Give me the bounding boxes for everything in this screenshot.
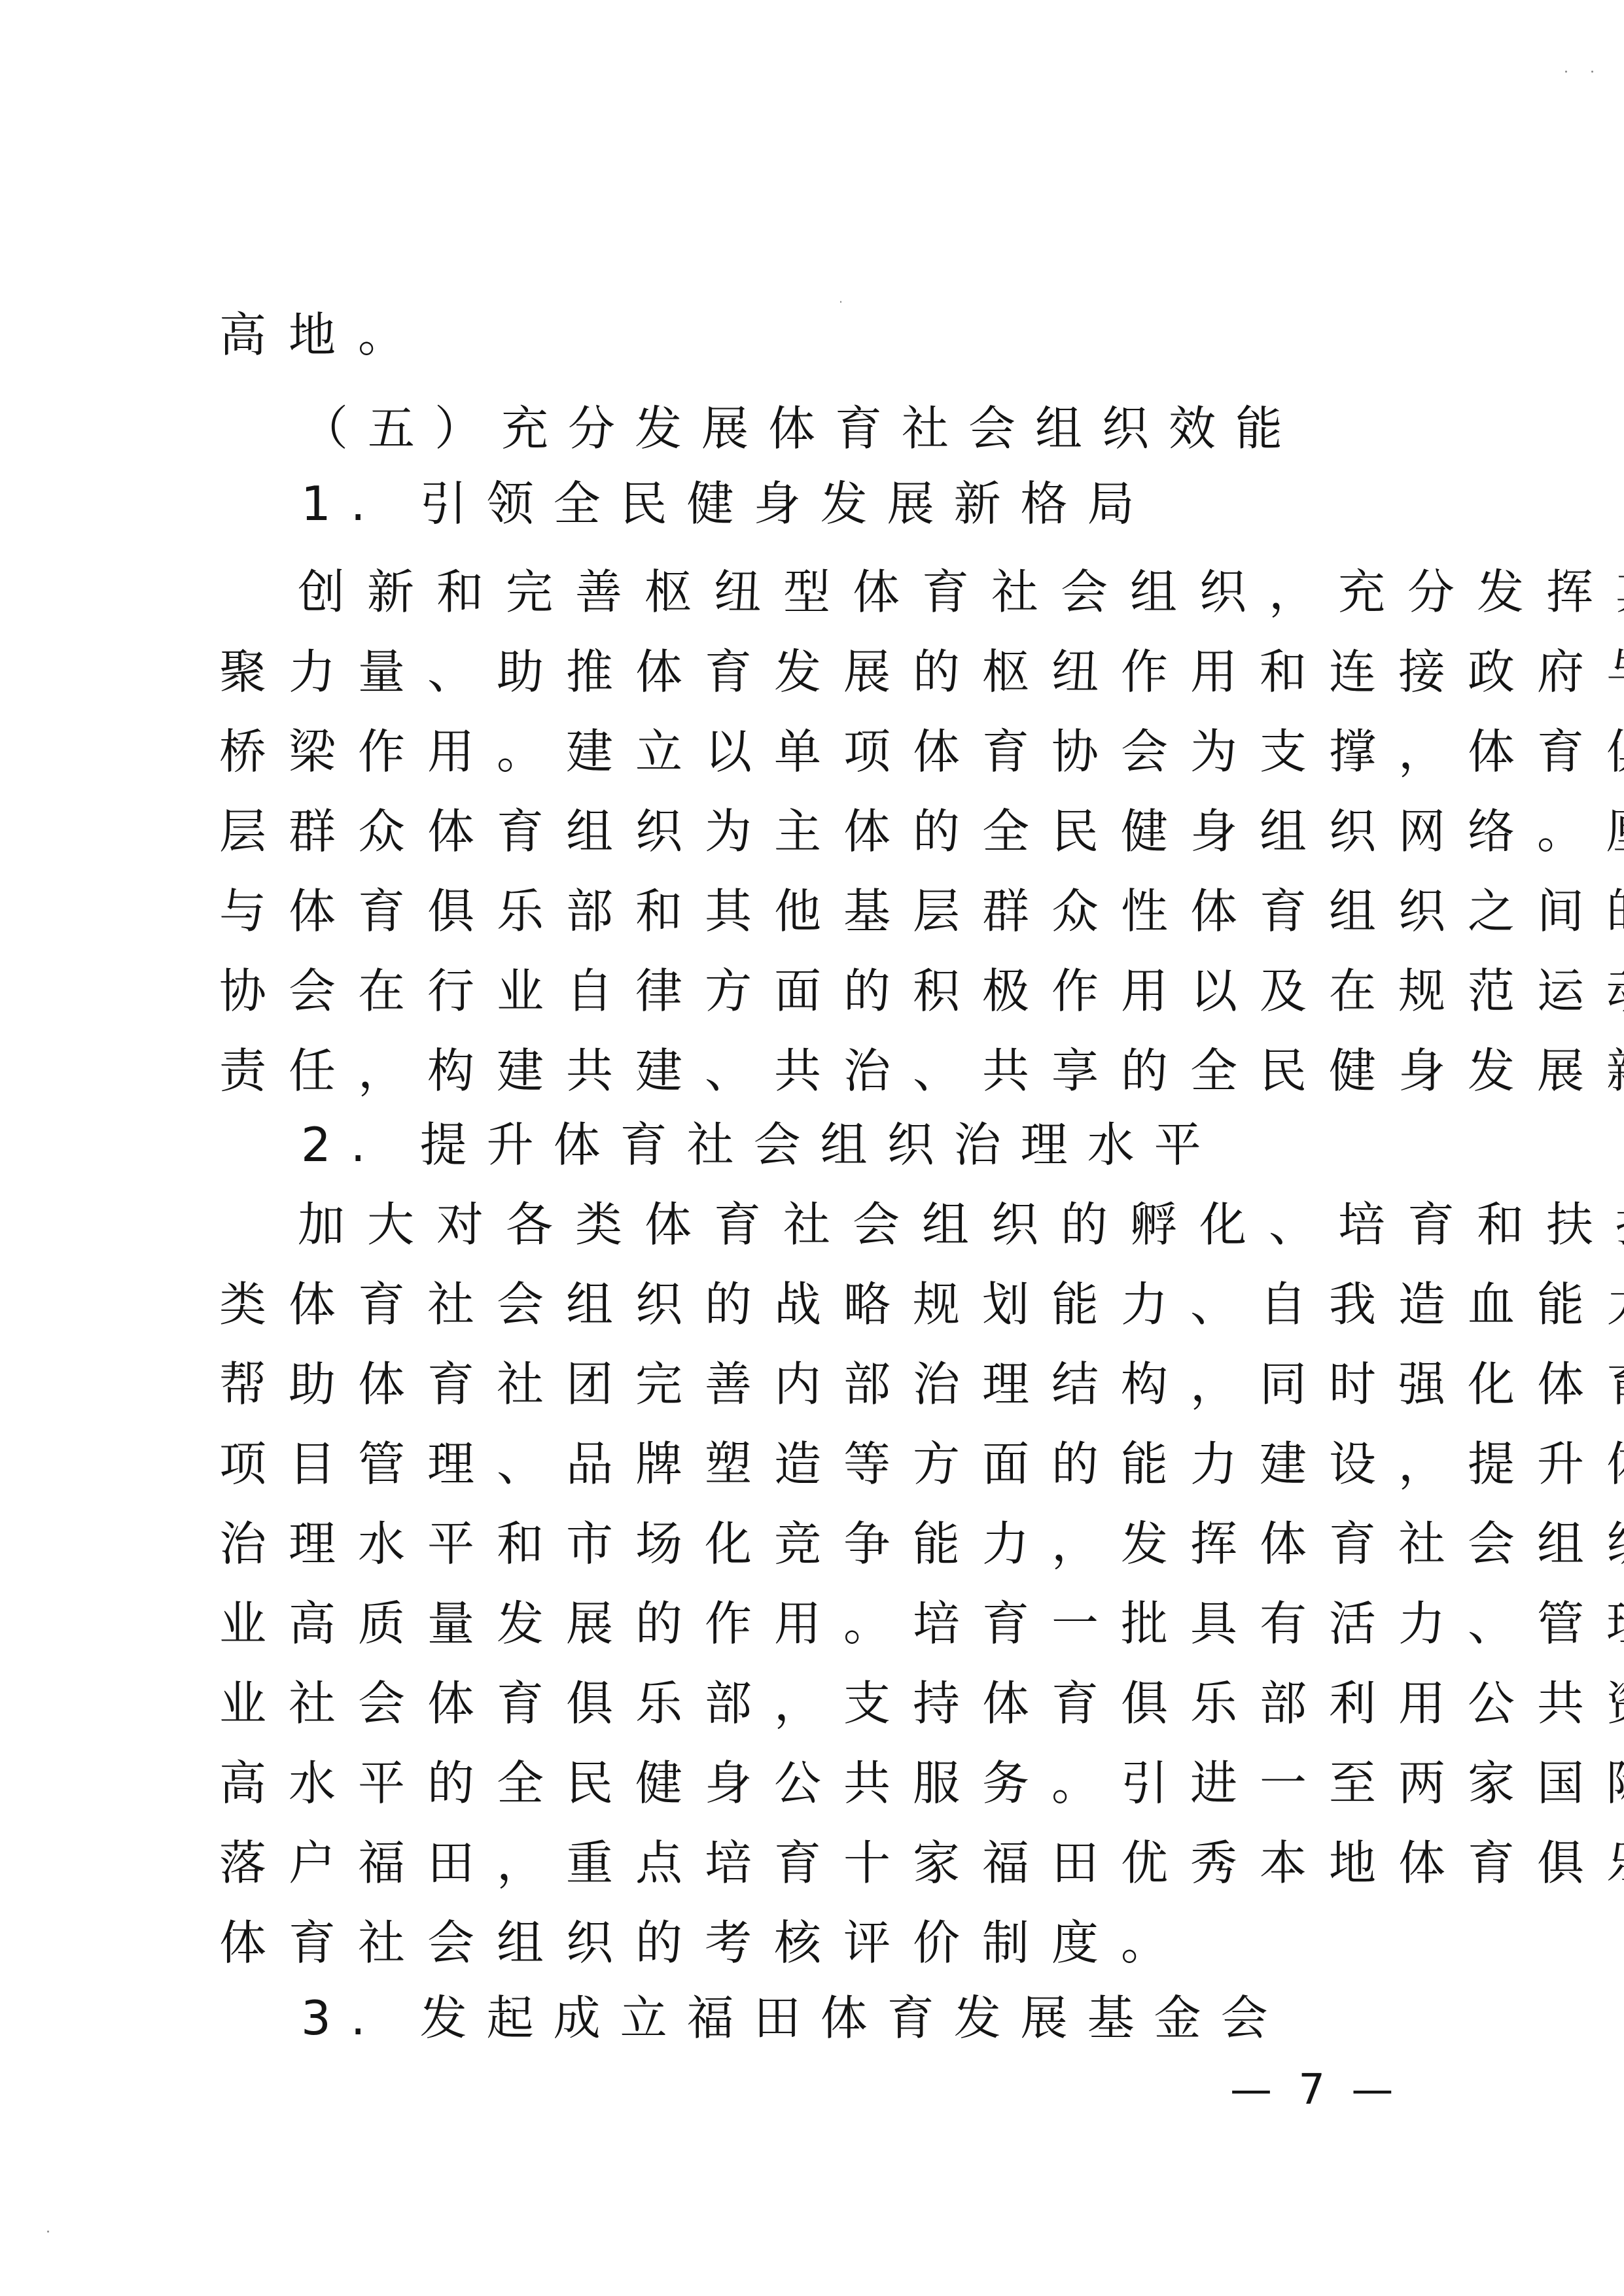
paragraph-2-line-10: 体育社会组织的考核评价制度。: [219, 1910, 1436, 1975]
paragraph-2-line-6: 业高质量发展的作用。培育一批具有活力、管理规范的民办非企: [219, 1591, 1436, 1656]
paragraph-2-line-1: 加大对各类体育社会组织的孵化、培育和扶持力度，提升各: [298, 1192, 1515, 1257]
paragraph-1-line-7: 责任，构建共建、共治、共享的全民健身发展新格局。: [219, 1038, 1436, 1104]
scan-speck: [840, 301, 841, 303]
subheading-1: 1. 引领全民健身发展新格局: [301, 471, 1518, 536]
paragraph-continuation-line: 高地。: [219, 302, 1436, 368]
scan-speck: [1565, 71, 1567, 73]
subheading-2: 2. 提升体育社会组织治理水平: [301, 1112, 1518, 1177]
paragraph-2-line-9: 落户福田，重点培育十家福田优秀本地体育俱乐部。建立和完善: [219, 1830, 1436, 1896]
subheading-3: 3. 发起成立福田体育发展基金会: [301, 1985, 1518, 2051]
section-heading: （五）充分发展体育社会组织效能: [301, 396, 1518, 461]
paragraph-1-line-5: 与体育俱乐部和其他基层群众性体育组织之间的关系，强化单项: [219, 878, 1436, 944]
scan-speck: [47, 2231, 49, 2233]
paragraph-2-line-8: 高水平的全民健身公共服务。引进一至两家国际知名体育俱乐部: [219, 1750, 1436, 1816]
scan-speck: [1591, 71, 1593, 73]
paragraph-2-line-3: 帮助体育社团完善内部治理结构，同时强化体育社团自治发展、: [219, 1351, 1436, 1417]
paragraph-2-line-7: 业社会体育俱乐部，支持体育俱乐部利用公共资源，提供高质量、: [219, 1671, 1436, 1736]
paragraph-2-line-5: 治理水平和市场化竞争能力，发挥体育社会组织服务全民健身事: [219, 1511, 1436, 1576]
page-number: — 7 —: [1230, 2064, 1400, 2116]
paragraph-1-line-3: 桥梁作用。建立以单项体育协会为支撑，体育俱乐部为骨干，基: [219, 719, 1436, 784]
paragraph-2-line-2: 类体育社会组织的战略规划能力、自我造血能力、宣传推广能力。: [219, 1272, 1436, 1337]
paragraph-1-line-2: 聚力量、助推体育发展的枢纽作用和连接政府与各类体育组织的: [219, 639, 1436, 704]
paragraph-1-line-4: 层群众体育组织为主体的全民健身组织网络。厘清单项体育协会: [219, 799, 1436, 864]
paragraph-1-line-1: 创新和完善枢纽型体育社会组织，充分发挥其联系各方、凝: [298, 559, 1515, 625]
document-page: 高地。 （五）充分发展体育社会组织效能 1. 引领全民健身发展新格局 创新和完善…: [0, 0, 1624, 2296]
paragraph-1-line-6: 协会在行业自律方面的积极作用以及在规范运动项目发展方面的: [219, 958, 1436, 1024]
paragraph-2-line-4: 项目管理、品牌塑造等方面的能力建设，提升体育社会组织内部: [219, 1431, 1436, 1497]
